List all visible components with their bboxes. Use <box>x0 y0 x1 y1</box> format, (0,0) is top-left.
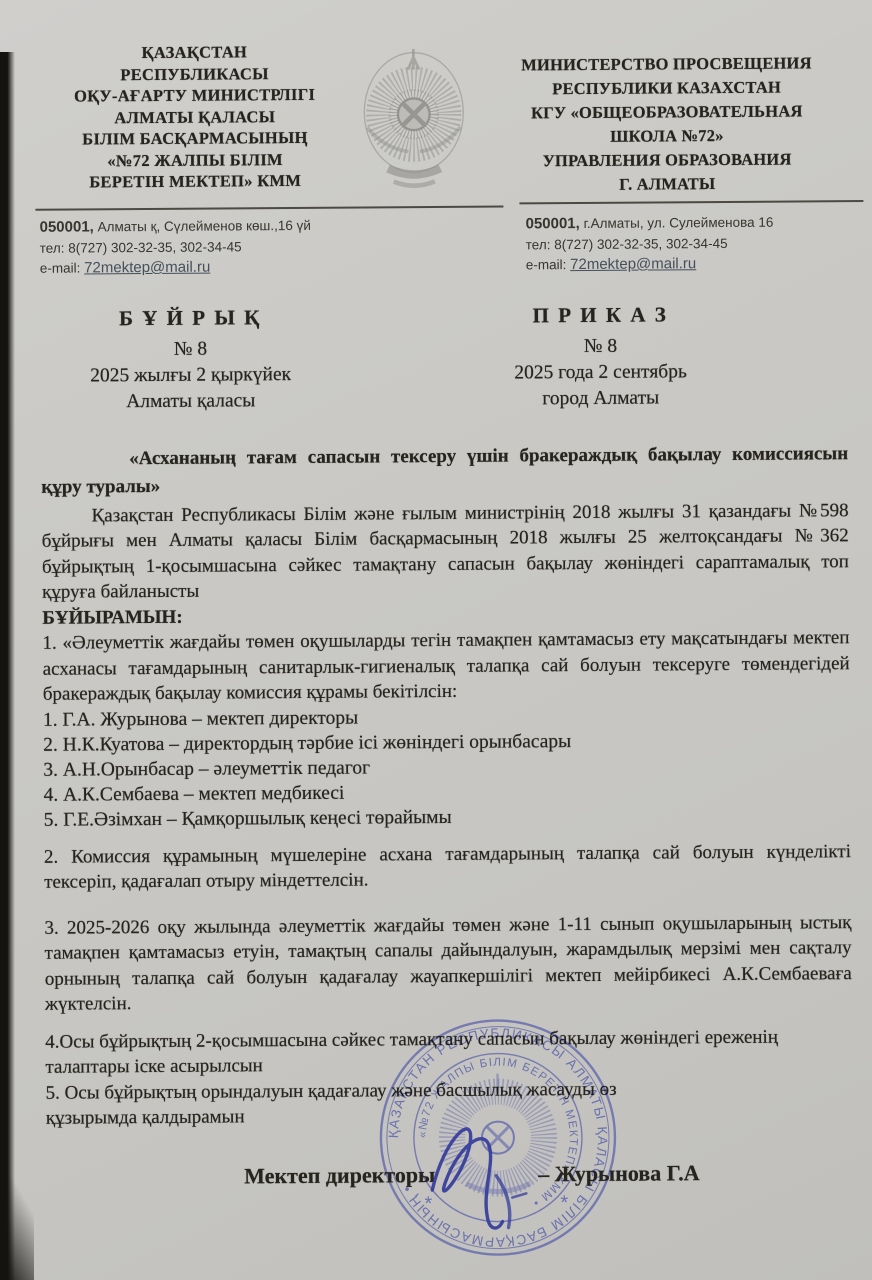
signature-row: Мектеп директоры – Журынова Г.А <box>8 1159 872 1165</box>
order-number: № 8 <box>40 335 340 363</box>
org-name-kazakh: ҚАЗАҚСТАН РЕСПУБЛИКАСЫ ОҚУ-АҒАРТУ МИНИСТ… <box>40 41 349 194</box>
order-title: Б Ұ Й Р Ы Қ <box>40 303 340 331</box>
org-line: МИНИСТЕРСТВО ПРОСВЕЩЕНИЯ <box>480 51 852 78</box>
order-number: № 8 <box>435 332 765 360</box>
document-header: ҚАЗАҚСТАН РЕСПУБЛИКАСЫ ОҚУ-АҒАРТУ МИНИСТ… <box>40 37 859 201</box>
email-label: e-mail: <box>526 257 567 272</box>
org-line: Г. АЛМАТЫ <box>481 171 853 198</box>
signatory-name: – Журынова Г.А <box>538 1160 700 1187</box>
address: г.Алматы, ул. Сулейменова 16 <box>584 215 774 231</box>
order-point-1: 1. «Әлеуметтік жағдайы төмен оқушыларды … <box>42 625 850 707</box>
email-link: 72mektep@mail.ru <box>84 259 210 277</box>
contact-left: 050001, Алматы қ, Сүлейменов көш.,16 үй … <box>40 215 442 279</box>
order-point-2: 2. Комиссия құрамының мүшелеріне асхана … <box>44 839 851 896</box>
handwritten-signature <box>412 1103 548 1244</box>
order-point-3: 3. 2025-2026 оқу жылында әлеуметтік жағд… <box>44 910 852 1018</box>
photo-left-edge-shadow <box>0 52 15 1280</box>
order-heading-russian: П Р И К А З № 8 2025 года 2 сентябрь гор… <box>435 300 766 412</box>
org-line: КГУ «ОБЩЕОБРАЗОВАТЕЛЬНАЯ <box>481 99 853 126</box>
order-subject: «Асхананың тағам сапасын тексеру үшін бр… <box>41 440 848 502</box>
order-heading-kazakh: Б Ұ Й Р Ы Қ № 8 2025 жылғы 2 қыркүйек Ал… <box>40 303 341 415</box>
order-heading: Б Ұ Й Р Ы Қ № 8 2025 жылғы 2 қыркүйек Ал… <box>40 299 872 415</box>
signatory-role: Мектеп директоры <box>244 1162 435 1189</box>
order-city: Алматы қаласы <box>41 387 341 415</box>
photo-corner-shadow <box>0 1160 34 1280</box>
scanned-order-document: ҚАЗАҚСТАН РЕСПУБЛИКАСЫ ОҚУ-АҒАРТУ МИНИСТ… <box>0 0 872 1280</box>
address: Алматы қ, Сүлейменов көш.,16 үй <box>98 218 311 234</box>
org-line: УПРАВЛЕНИЯ ОБРАЗОВАНИЯ <box>481 147 853 174</box>
postal-code: 050001, <box>40 218 94 235</box>
order-date: 2025 года 2 сентябрь <box>436 358 766 386</box>
contact-right: 050001, г.Алматы, ул. Сулейменова 16 тел… <box>525 212 865 276</box>
stamp-star-icon: * <box>560 1192 568 1214</box>
order-date: 2025 жылғы 2 қыркүйек <box>41 361 341 389</box>
org-line: ОҚУ-АҒАРТУ МИНИСТРЛІГІ <box>41 84 349 108</box>
divider-line <box>519 200 863 204</box>
postal-code: 050001, <box>526 215 580 232</box>
phone: тел: 8(727) 302-32-35, 302-34-45 <box>40 235 442 258</box>
email-link: 72mektep@mail.ru <box>570 255 696 273</box>
order-city: город Алматы <box>436 384 766 412</box>
org-line: «№72 ЖАЛПЫ БІЛІМ <box>41 148 349 172</box>
org-name-russian: МИНИСТЕРСТВО ПРОСВЕЩЕНИЯ РЕСПУБЛИКИ КАЗА… <box>480 37 853 198</box>
org-line: БІЛІМ БАСҚАРМАСЫНЫҢ <box>41 127 349 151</box>
order-title: П Р И К А З <box>435 300 765 328</box>
org-line: РЕСПУБЛИКАСЫ <box>40 62 348 86</box>
org-line: АЛМАТЫ ҚАЛАСЫ <box>41 105 349 129</box>
divider-line <box>35 206 503 211</box>
org-line: ШКОЛА №72» <box>481 123 853 150</box>
org-line: РЕСПУБЛИКИ КАЗАХСТАН <box>481 75 853 102</box>
email-label: e-mail: <box>40 260 81 275</box>
kazakhstan-emblem-icon <box>357 40 470 193</box>
header-divider <box>35 203 863 211</box>
order-intro: Қазақстан Республикасы Білім және ғылым … <box>42 498 850 606</box>
contact-info: 050001, Алматы қ, Сүлейменов көш.,16 үй … <box>40 212 872 279</box>
phone: тел: 8(727) 302-32-35, 302-34-45 <box>526 233 866 256</box>
org-line: ҚАЗАҚСТАН <box>40 41 348 65</box>
org-line: БЕРЕТІН МЕКТЕП» КММ <box>41 170 349 194</box>
